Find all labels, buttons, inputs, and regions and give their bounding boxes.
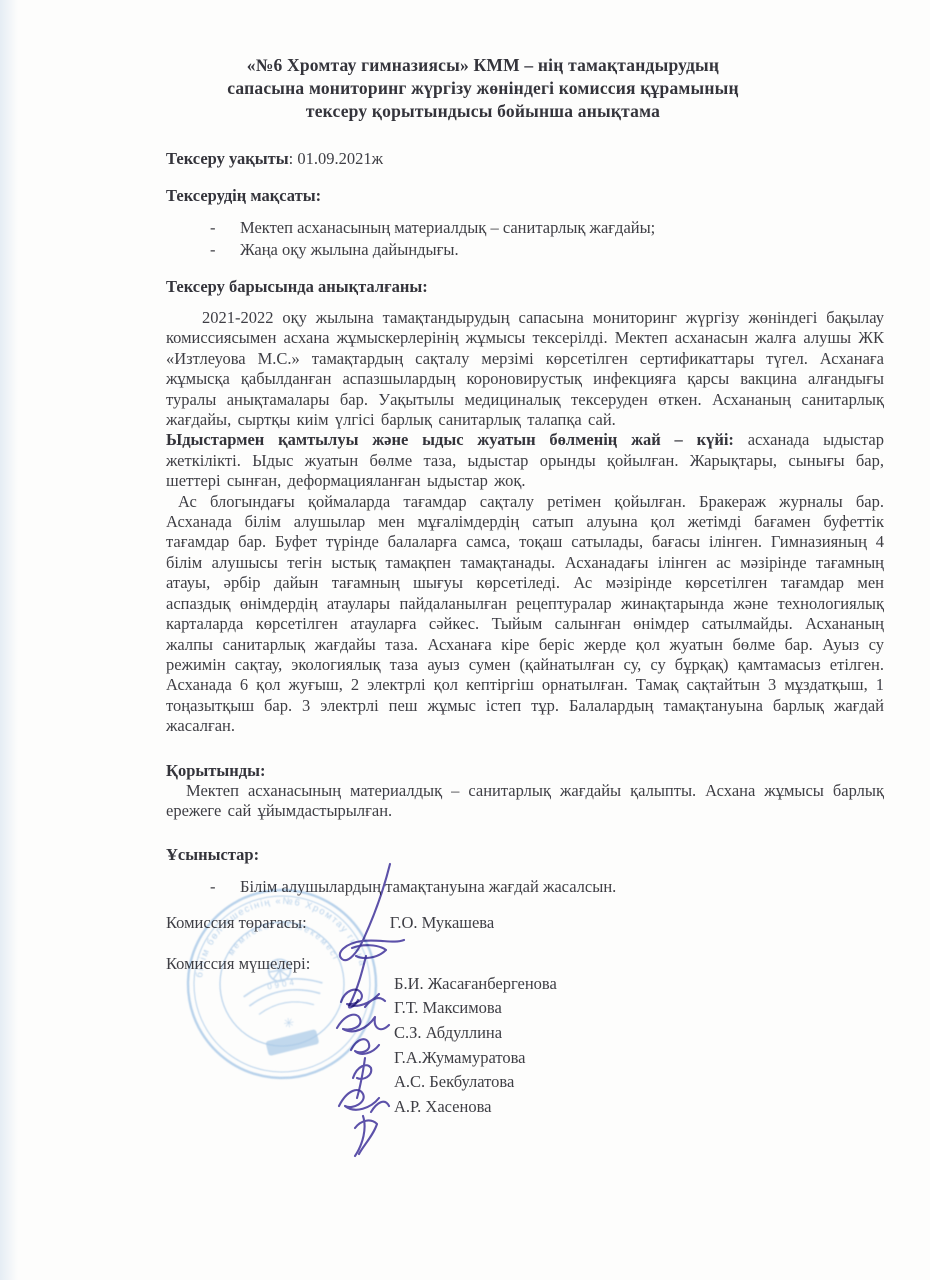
document-page: «№6 Хромтау гимназиясы» КММ – нің тамақт…	[166, 54, 884, 1119]
suggestion-item: Білім алушылардың тамақтануына жағдай жа…	[240, 876, 616, 898]
findings-paragraph-1: 2021-2022 оқу жылына тамақтандырудың сап…	[166, 308, 884, 430]
title-line-3: тексеру қорытындысы бойынша анықтама	[166, 100, 800, 123]
chairman-row: Комиссия төрағасы: Г.О. Мукашева	[166, 913, 884, 933]
title-line-1: «№6 Хромтау гимназиясы» КММ – нің тамақт…	[166, 54, 800, 77]
scanned-document: { "document": { "title_lines": [ "«№6 Хр…	[0, 0, 930, 1280]
conclusion-paragraph: Мектеп асханасының материалдық – санитар…	[166, 781, 884, 822]
member-name: Г.Т. Максимова	[394, 996, 884, 1021]
findings-heading: Тексеру барысында анықталғаны:	[166, 277, 884, 297]
list-item: -Жаңа оқу жылына дайындығы.	[210, 239, 884, 261]
member-name: Г.А.Жумамуратова	[394, 1046, 884, 1071]
suggestions-list: -Білім алушылардың тамақтануына жағдай ж…	[210, 876, 884, 898]
purpose-list: -Мектеп асханасының материалдық – санита…	[210, 217, 884, 260]
dash-bullet: -	[210, 239, 240, 261]
member-name: А.Р. Хасенова	[394, 1095, 884, 1120]
findings-paragraph-2: Ас блогындағы қоймаларда тағамдар сақтал…	[166, 492, 884, 737]
scan-edge-shadow	[0, 0, 18, 1280]
member-name: С.З. Абдуллина	[394, 1021, 884, 1046]
dishes-heading: Ыдыстармен қамтылуы және ыдыс жуатын бөл…	[166, 430, 734, 449]
chairman-label: Комиссия төрағасы:	[166, 913, 307, 933]
list-item: -Мектеп асханасының материалдық – санита…	[210, 217, 884, 239]
chairman-name: Г.О. Мукашева	[390, 913, 495, 933]
dash-bullet: -	[210, 217, 240, 239]
members-list: Б.И. Жасағанбергенова Г.Т. Максимова С.З…	[166, 972, 884, 1120]
member-name: Б.И. Жасағанбергенова	[394, 972, 884, 997]
purpose-heading: Тексерудің мақсаты:	[166, 186, 884, 206]
list-item: -Білім алушылардың тамақтануына жағдай ж…	[210, 876, 884, 898]
member-name: А.С. Бекбулатова	[394, 1070, 884, 1095]
purpose-item-2: Жаңа оқу жылына дайындығы.	[240, 239, 459, 261]
suggestions-heading: Ұсыныстар:	[166, 845, 884, 865]
dash-bullet: -	[210, 876, 240, 898]
dishes-paragraph: Ыдыстармен қамтылуы және ыдыс жуатын бөл…	[166, 430, 884, 491]
check-time-value: : 01.09.2021ж	[289, 149, 383, 168]
check-time-row: Тексеру уақыты: 01.09.2021ж	[166, 149, 884, 169]
title-line-2: сапасына мониторинг жүргізу жөніндегі ко…	[166, 77, 800, 100]
check-time-label: Тексеру уақыты	[166, 149, 289, 168]
members-label: Комиссия мүшелері:	[166, 954, 884, 974]
conclusion-heading: Қорытынды:	[166, 761, 884, 781]
document-title: «№6 Хромтау гимназиясы» КММ – нің тамақт…	[166, 54, 884, 123]
signature-squiggle	[355, 1116, 377, 1156]
purpose-item-1: Мектеп асханасының материалдық – санитар…	[240, 217, 655, 239]
